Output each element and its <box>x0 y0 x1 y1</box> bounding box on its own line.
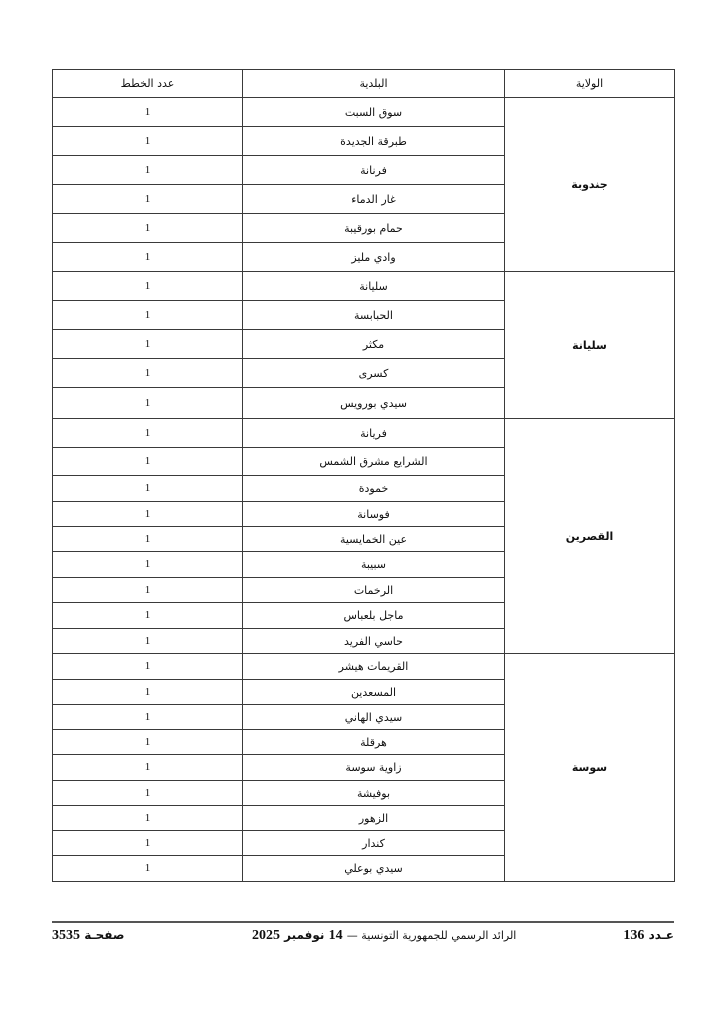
plan-count-cell: 1 <box>53 705 243 730</box>
municipality-cell: كسرى <box>243 359 505 388</box>
plan-count-cell: 1 <box>53 419 243 448</box>
municipality-cell: فرنانة <box>243 156 505 185</box>
plan-count-cell: 1 <box>53 552 243 578</box>
governorate-cell: سليانة <box>505 272 675 419</box>
municipal-plans-table: الولاية البلدية عدد الخطط جندوبةسوق السب… <box>52 69 675 882</box>
table-row: سوسةالقريمات هيشر1 <box>53 654 675 680</box>
governorate-cell: جندوبة <box>505 98 675 272</box>
issue-label: عـدد <box>649 928 674 942</box>
plan-count-cell: 1 <box>53 781 243 806</box>
municipality-cell: سوق السبت <box>243 98 505 127</box>
page-info: صفحـة 3535 <box>52 928 124 944</box>
municipality-cell: حمام بورقيبة <box>243 214 505 243</box>
municipality-cell: فريانة <box>243 419 505 448</box>
plan-count-cell: 1 <box>53 502 243 527</box>
plan-count-cell: 1 <box>53 156 243 185</box>
plan-count-cell: 1 <box>53 388 243 419</box>
municipality-cell: الزهور <box>243 806 505 831</box>
table-body: جندوبةسوق السبت1طبرقة الجديدة1فرنانة1غار… <box>53 98 675 882</box>
municipality-cell: زاوية سوسة <box>243 755 505 781</box>
header-governorate: الولاية <box>505 70 675 98</box>
journal-title: الرائد الرسمي للجمهورية التونسية — <box>347 929 517 942</box>
governorate-cell: القصرين <box>505 419 675 654</box>
municipality-cell: عين الخمايسية <box>243 527 505 552</box>
municipality-cell: سليانة <box>243 272 505 301</box>
plan-count-cell: 1 <box>53 476 243 502</box>
plan-count-cell: 1 <box>53 214 243 243</box>
issue-number: 136 <box>623 928 644 943</box>
plan-count-cell: 1 <box>53 831 243 856</box>
footer-divider <box>52 921 674 923</box>
plan-count-cell: 1 <box>53 730 243 755</box>
header-plan-count: عدد الخطط <box>53 70 243 98</box>
plan-count-cell: 1 <box>53 448 243 476</box>
municipality-cell: طبرقة الجديدة <box>243 127 505 156</box>
table-row: جندوبةسوق السبت1 <box>53 98 675 127</box>
municipality-cell: فوسانة <box>243 502 505 527</box>
page-label: صفحـة <box>84 928 124 942</box>
plan-count-cell: 1 <box>53 680 243 705</box>
plan-count-cell: 1 <box>53 127 243 156</box>
plan-count-cell: 1 <box>53 185 243 214</box>
plan-count-cell: 1 <box>53 98 243 127</box>
municipality-cell: هرقلة <box>243 730 505 755</box>
municipality-cell: كندار <box>243 831 505 856</box>
governorate-cell: سوسة <box>505 654 675 882</box>
municipality-cell: سيدي الهاني <box>243 705 505 730</box>
municipality-cell: بوفيشة <box>243 781 505 806</box>
municipality-cell: سيدي بورويس <box>243 388 505 419</box>
date-day: 14 <box>329 928 343 943</box>
municipality-cell: خمودة <box>243 476 505 502</box>
issue-info: عـدد 136 <box>623 928 674 944</box>
plan-count-cell: 1 <box>53 603 243 629</box>
plan-count-cell: 1 <box>53 330 243 359</box>
journal-title-date: الرائد الرسمي للجمهورية التونسية — 14 نو… <box>252 928 516 944</box>
municipality-cell: سيدي بوعلي <box>243 856 505 882</box>
plan-count-cell: 1 <box>53 243 243 272</box>
date-month: نوفمبر <box>284 928 324 942</box>
municipality-cell: الرخمات <box>243 578 505 603</box>
municipality-cell: القريمات هيشر <box>243 654 505 680</box>
municipality-cell: سبيبة <box>243 552 505 578</box>
municipality-cell: الحبابسة <box>243 301 505 330</box>
header-municipality: البلدية <box>243 70 505 98</box>
plan-count-cell: 1 <box>53 272 243 301</box>
table-row: سليانةسليانة1 <box>53 272 675 301</box>
table-row: القصرينفريانة1 <box>53 419 675 448</box>
plan-count-cell: 1 <box>53 578 243 603</box>
municipality-cell: مكثر <box>243 330 505 359</box>
page-footer: عـدد 136 الرائد الرسمي للجمهورية التونسي… <box>52 928 674 948</box>
plan-count-cell: 1 <box>53 755 243 781</box>
municipality-cell: وادي مليز <box>243 243 505 272</box>
date-year: 2025 <box>252 928 280 943</box>
document-page: الولاية البلدية عدد الخطط جندوبةسوق السب… <box>0 0 724 1024</box>
municipality-cell: ماجل بلعباس <box>243 603 505 629</box>
plan-count-cell: 1 <box>53 806 243 831</box>
table-header-row: الولاية البلدية عدد الخطط <box>53 70 675 98</box>
municipality-cell: حاسي الفريد <box>243 629 505 654</box>
municipality-cell: الشرايع مشرق الشمس <box>243 448 505 476</box>
page-number: 3535 <box>52 928 80 943</box>
plan-count-cell: 1 <box>53 856 243 882</box>
plan-count-cell: 1 <box>53 527 243 552</box>
plan-count-cell: 1 <box>53 629 243 654</box>
plan-count-cell: 1 <box>53 301 243 330</box>
plan-count-cell: 1 <box>53 654 243 680</box>
municipality-cell: غار الدماء <box>243 185 505 214</box>
municipality-cell: المسعدين <box>243 680 505 705</box>
plan-count-cell: 1 <box>53 359 243 388</box>
